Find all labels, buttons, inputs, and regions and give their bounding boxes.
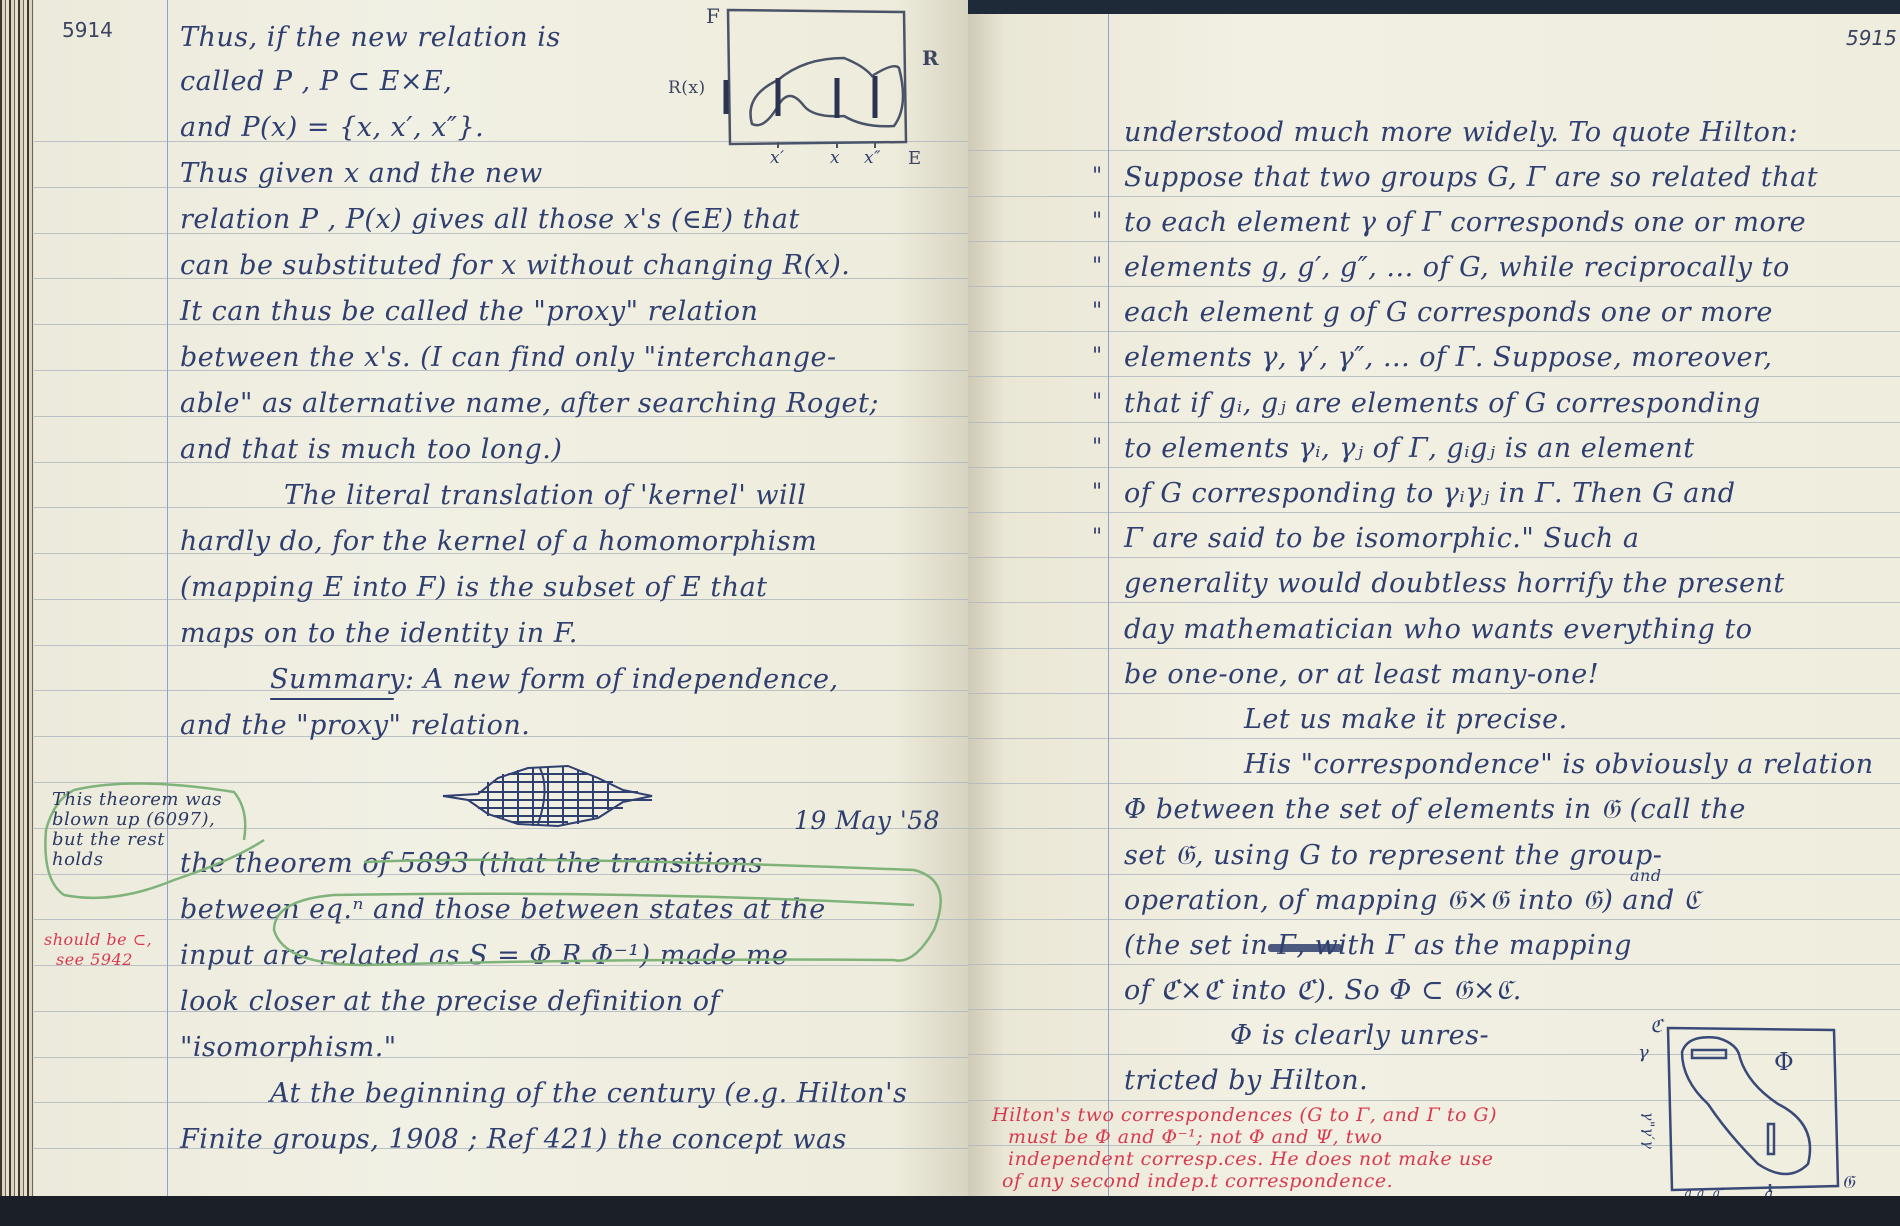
diagram-label-c: ℭ [1650,1016,1663,1037]
correspondence-diagram: Φ [1658,1014,1878,1196]
text-line: Φ between the set of elements in 𝔊 (call… [1124,794,1746,826]
diagram-label-rx: R(x) [668,78,706,98]
quote-mark: " [1092,480,1102,505]
text-line: Suppose that two groups G, Γ are so rela… [1124,162,1818,193]
text-line: operation, of mapping 𝔊×𝔊 into 𝔊) and ℭ [1124,885,1701,917]
diagram-label-x-double-prime: x″ [864,148,881,168]
text-line: Φ is clearly unres- [1230,1020,1489,1051]
quote-mark: " [1092,525,1102,550]
text-line: (the set in Γ, with Γ as the mapping [1124,930,1632,961]
text-line: be one-one, or at least many-one! [1124,659,1599,690]
text-line: tricted by Hilton. [1124,1065,1368,1096]
text-line: each element g of G corresponds one or m… [1124,297,1773,328]
text-line: Let us make it precise. [1244,704,1568,735]
margin-note-green: This theorem was blown up (6097), but th… [52,790,222,870]
text-line: of ℭ×ℭ into ℭ). So Φ ⊂ 𝔊×ℭ. [1124,975,1522,1007]
quote-mark: " [1092,435,1102,460]
text-line: set 𝔊, using G to represent the group- [1124,840,1662,872]
crossed-out-word [1268,944,1342,952]
quote-mark: " [1092,254,1102,279]
diagram-label-gamma: γ [1638,1042,1649,1063]
margin-note-red: should be ⊂, see 5942 [44,930,152,970]
text-line: understood much more widely. To quote Hi… [1124,117,1798,148]
text-line: that if gᵢ, gⱼ are elements of G corresp… [1124,388,1761,419]
margin-line [1108,14,1109,1196]
text-line: His "correspondence" is obviously a rela… [1244,749,1874,780]
page-number: 5915 [1846,26,1897,50]
quote-mark: " [1092,299,1102,324]
text-line: elements γ, γ′, γ″, ... of Γ. Suppose, m… [1124,342,1773,373]
diagram-label-x: x [830,148,840,168]
quote-mark: " [1092,344,1102,369]
text-line: Γ are said to be isomorphic." Such a [1124,523,1639,554]
diagram-label-g: 𝔊 [1842,1172,1855,1193]
book-cover-edge [968,0,1900,14]
diagram-label-f: F [706,4,720,28]
text-line: to each element γ of Γ corresponds one o… [1124,207,1806,238]
left-page: 5914 Thus, if the new relation is called… [34,0,968,1196]
diagram-label-x: g [1764,1186,1773,1196]
text-line: of G corresponding to γᵢγⱼ in Γ. Then G … [1124,478,1736,509]
diagram-label-gammas: γ"γ′γ [1640,1112,1656,1149]
quote-mark: " [1092,209,1102,234]
text-line: elements g, g′, g″, ... of G, while reci… [1124,252,1790,283]
text-line: generality would doubtless horrify the p… [1124,568,1785,599]
diagram-label-points: g g′ g″ [1684,1186,1725,1196]
diagram-label-e: E [908,148,922,169]
phi-label: Φ [1774,1048,1794,1076]
book-bottom-edge [0,1196,1900,1226]
diagram-label-x-prime: x′ [770,148,784,168]
right-page: 5915 understood much more widely. To quo… [968,14,1900,1196]
inserted-word: and [1630,866,1662,885]
page-edge-stack [0,0,34,1196]
quote-mark: " [1092,164,1102,189]
green-annotation-loops [34,0,968,1196]
text-line: to elements γᵢ, γⱼ of Γ, gᵢgⱼ is an elem… [1124,433,1695,464]
relation-diagram [694,6,954,166]
red-correction-note: Hilton's two correspondences (G to Γ, an… [992,1104,1497,1192]
diagram-label-r: R [922,46,939,70]
notebook-spread: 5914 Thus, if the new relation is called… [0,0,1900,1226]
text-line: day mathematician who wants everything t… [1124,614,1752,645]
quote-mark: " [1092,390,1102,415]
